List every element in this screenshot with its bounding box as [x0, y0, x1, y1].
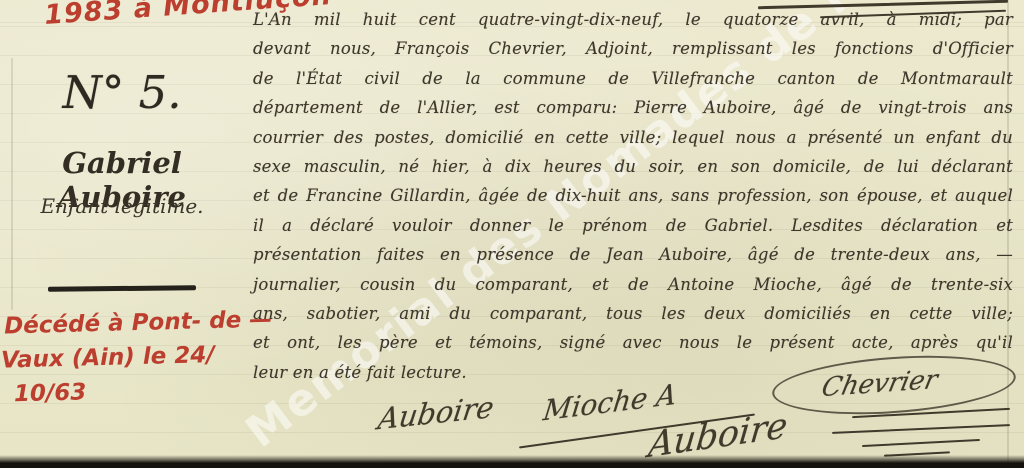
act-line: il a déclaré vouloir donner le prénom de…: [253, 211, 1013, 240]
legitimacy-label: Enfant légitime.: [0, 194, 244, 218]
death-annotation-line: Décédé à Pont- de —: [4, 303, 273, 344]
signature-flourish-line: [862, 439, 980, 447]
death-annotation-line: 10/63: [13, 370, 274, 411]
act-line: L'An mil huit cent quatre-vingt-dix-neuf…: [253, 5, 1013, 34]
civil-registry-scan: Memorial des Nomades de France 1983 à Mo…: [0, 0, 1024, 468]
margin-separator-dash: [48, 285, 196, 292]
act-number: N° 5.: [0, 66, 244, 119]
act-line: présentation faites en présence de Jean …: [253, 240, 1013, 269]
act-line: et de Francine Gillardin, âgée de dix-hu…: [253, 181, 1013, 210]
act-line: courrier des postes, domicilié en cette …: [253, 123, 1013, 152]
act-line: et ont, les père et témoins, signé avec …: [253, 328, 1013, 357]
signature-auboire-witness: Auboire: [376, 390, 496, 437]
act-line: journalier, cousin du comparant, et de A…: [253, 270, 1013, 299]
act-line: ans, sabotier, ami du comparant, tous le…: [253, 299, 1013, 328]
act-line: département de l'Allier, est comparu: Pi…: [253, 93, 1013, 122]
act-body: L'An mil huit cent quatre-vingt-dix-neuf…: [253, 5, 1013, 387]
act-line: de l'État civil de la commune de Villefr…: [253, 64, 1013, 93]
signature-flourish-line: [832, 424, 1010, 434]
photo-edge-bottom: [0, 455, 1024, 468]
page-fold-line: [11, 58, 13, 310]
act-line: sexe masculin, né hier, à dix heures du …: [253, 152, 1013, 181]
act-line: devant nous, François Chevrier, Adjoint,…: [253, 34, 1013, 63]
death-annotation: Décédé à Pont- de — Vaux (Ain) le 24/ 10…: [4, 303, 275, 412]
